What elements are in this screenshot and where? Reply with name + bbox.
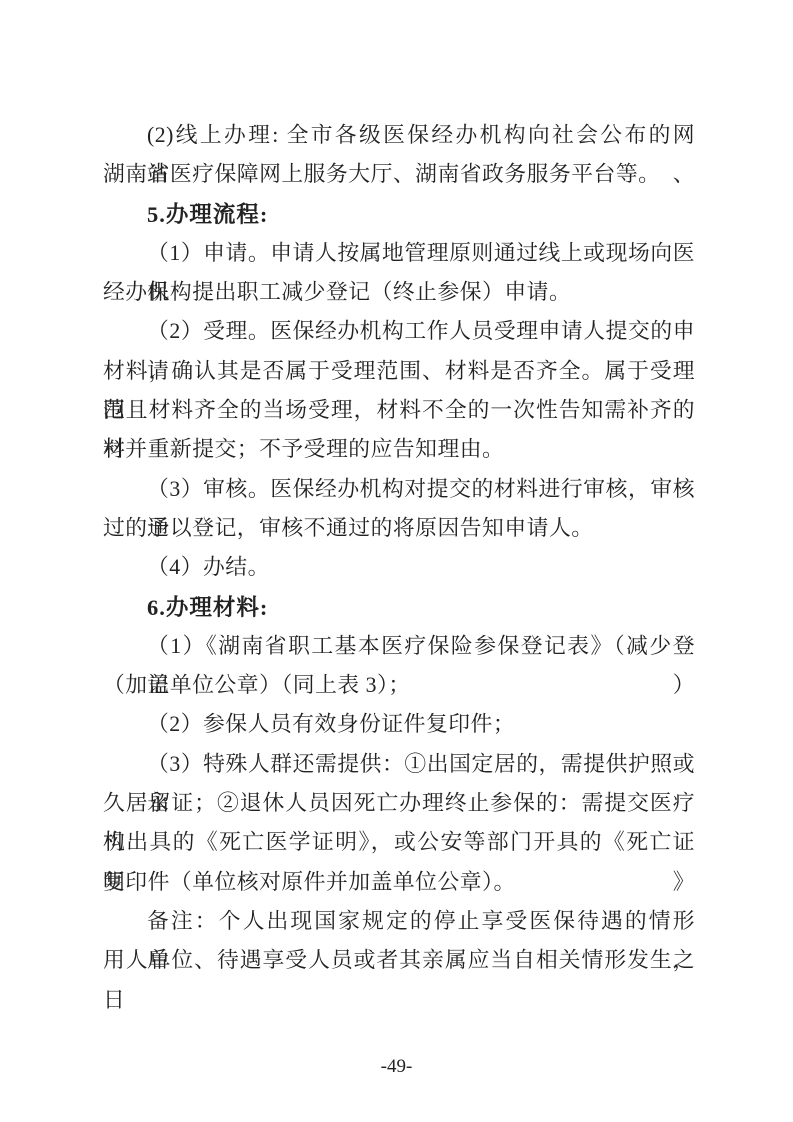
text-line: （1）《湖南省职工基本医疗保险参保登记表》（减少登记） — [103, 627, 695, 666]
text-line: 经办机构提出职工减少登记（终止参保）申请。 — [103, 273, 695, 312]
document-page: (2)线上办理: 全市各级医保经办机构向社会公布的网站、湖南省医疗保障网上服务大… — [0, 0, 793, 1122]
page-number: -49- — [0, 1056, 793, 1078]
text-line: （1）申请。申请人按属地管理原则通过线上或现场向医保 — [103, 234, 695, 273]
text-line: 久居留证；②退休人员因死亡办理终止参保的：需提交医疗机 — [103, 784, 695, 823]
text-line: （4）办结。 — [103, 548, 695, 587]
text-line: 用人单位、待遇享受人员或者其亲属应当自相关情形发生之日 — [103, 941, 695, 980]
text-line: （2）受理。医保经办机构工作人员受理申请人提交的申请 — [103, 312, 695, 351]
text-line: 过的予以登记，审核不通过的将原因告知申请人。 — [103, 509, 695, 548]
text-line: （3）审核。医保经办机构对提交的材料进行审核，审核通 — [103, 470, 695, 509]
text-line: （2）参保人员有效身份证件复印件； — [103, 705, 695, 744]
text-line: 材料，确认其是否属于受理范围、材料是否齐全。属于受理范 — [103, 352, 695, 391]
text-line: 构出具的《死亡医学证明》，或公安等部门开具的《死亡证明》 — [103, 823, 695, 862]
section-heading: 5.办理流程: — [103, 195, 695, 234]
text-line: 备注：个人出现国家规定的停止享受医保待遇的情形后， — [103, 902, 695, 941]
text-line: (2)线上办理: 全市各级医保经办机构向社会公布的网站、 — [103, 116, 695, 155]
text-line: 料并重新提交；不予受理的应告知理由。 — [103, 430, 695, 469]
text-line: 围且材料齐全的当场受理，材料不全的一次性告知需补齐的材 — [103, 391, 695, 430]
text-line: 湖南省医疗保障网上服务大厅、湖南省政务服务平台等。 — [103, 155, 695, 194]
text-line: （3）特殊人群还需提供：①出国定居的，需提供护照或永 — [103, 745, 695, 784]
section-heading: 6.办理材料: — [103, 588, 695, 627]
page-content: (2)线上办理: 全市各级医保经办机构向社会公布的网站、湖南省医疗保障网上服务大… — [103, 116, 695, 981]
